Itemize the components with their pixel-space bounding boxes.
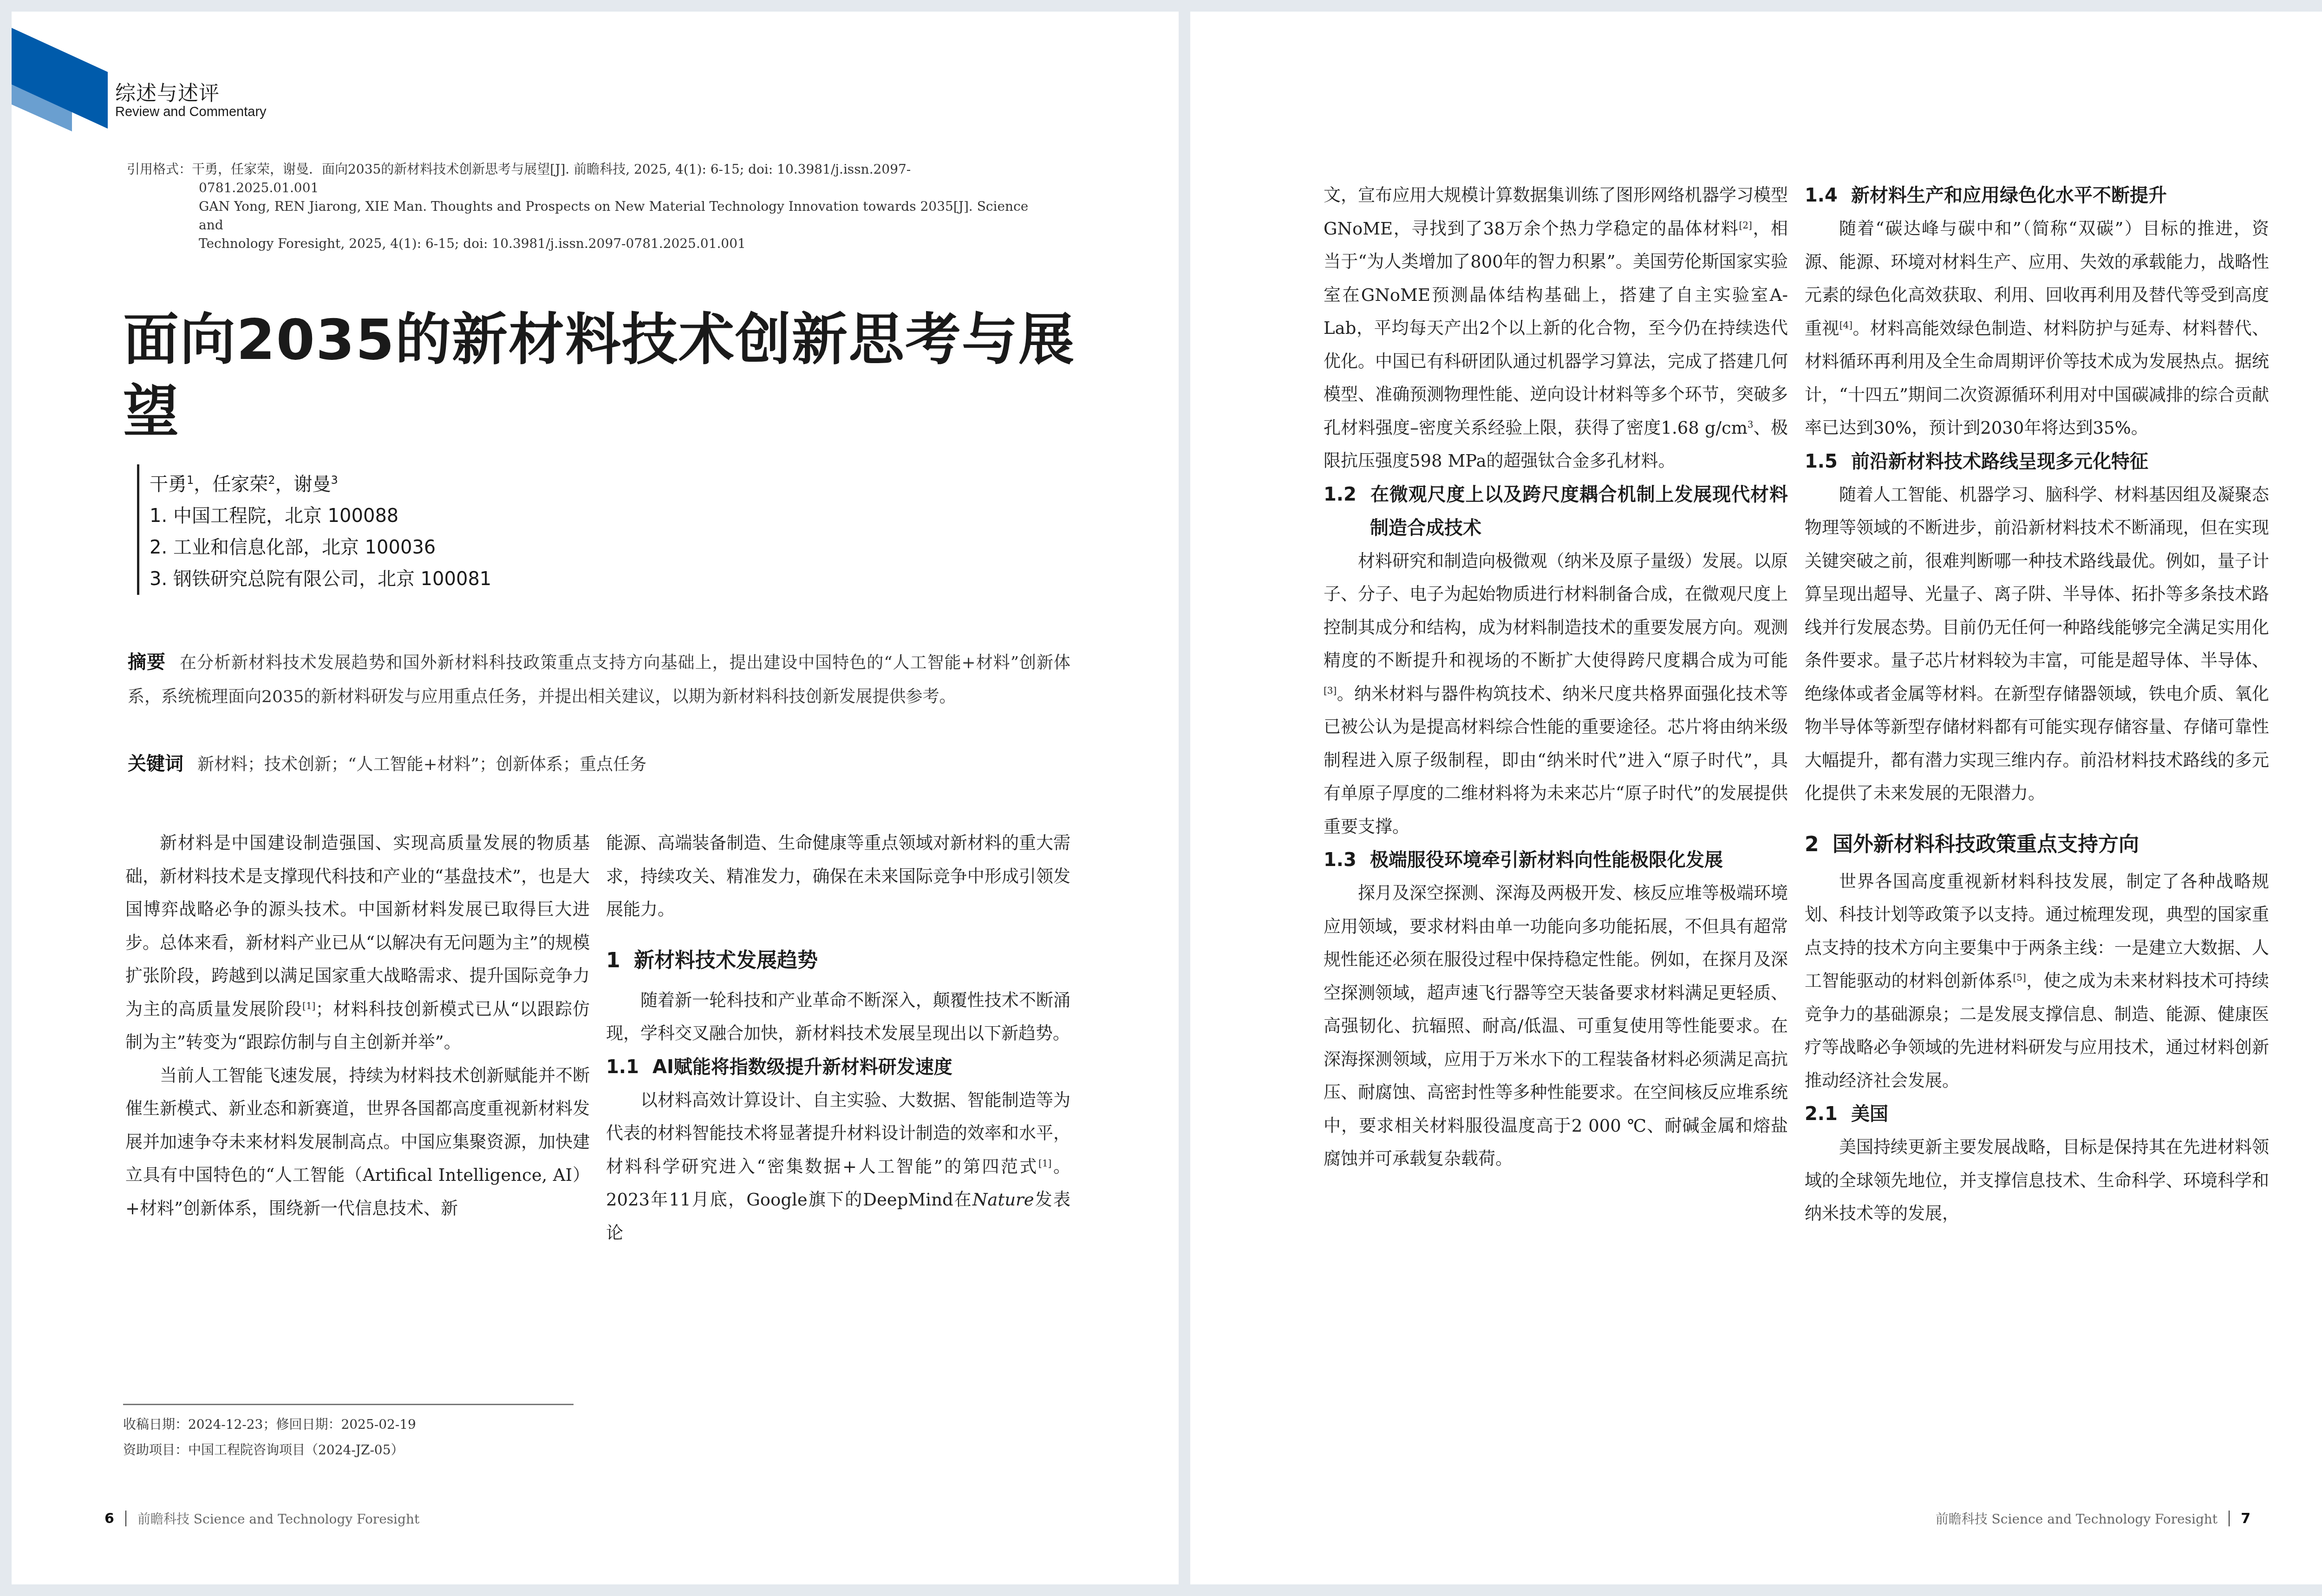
page-footer-right: 前瞻科技 Science and Technology Foresight 7 — [1936, 1509, 2250, 1528]
citation-ref[interactable]: [5] — [2013, 972, 2026, 983]
journal-name: 前瞻科技 Science and Technology Foresight — [137, 1509, 419, 1528]
author-block: 干勇1，任家荣2，谢曼3 1. 中国工程院，北京 100088 2. 工业和信息… — [137, 464, 491, 595]
paragraph: 文，宣布应用大规模计算数据集训练了图形网络机器学习模型GNoME，寻找到了38万… — [1324, 179, 1788, 478]
citation-cn-cont: 0781.2025.01.001 — [127, 179, 1056, 197]
received-date: 收稿日期：2024-12-23；修回日期：2025-02-19 — [123, 1412, 416, 1437]
right-page: 文，宣布应用大规模计算数据集训练了图形网络机器学习模型GNoME，寻找到了38万… — [1190, 12, 2322, 1584]
body-column-right-1: 文，宣布应用大规模计算数据集训练了图形网络机器学习模型GNoME，寻找到了38万… — [1324, 179, 1788, 1176]
citation-en: GAN Yong, REN Jiarong, XIE Man. Thoughts… — [127, 197, 1056, 235]
article-title: 面向2035的新材料技术创新思考与展望 — [123, 304, 1098, 448]
abstract-label: 摘要 — [128, 651, 166, 673]
section-heading: 1新材料技术发展趋势 — [606, 944, 1070, 977]
section-logo-icon — [12, 12, 132, 160]
journal-name: 前瞻科技 Science and Technology Foresight — [1936, 1509, 2218, 1528]
affiliation: 2. 工业和信息化部，北京 100036 — [150, 532, 491, 563]
footnotes: 收稿日期：2024-12-23；修回日期：2025-02-19 资助项目：中国工… — [123, 1412, 416, 1463]
paragraph: 新材料是中国建设制造强国、实现高质量发展的物质基础，新材料技术是支撑现代科技和产… — [125, 827, 590, 1059]
paragraph: 当前人工智能飞速发展，持续为材料技术创新赋能并不断催生新模式、新业态和新赛道，世… — [125, 1059, 590, 1225]
subsection-heading: 1.4新材料生产和应用绿色化水平不断提升 — [1805, 179, 2269, 212]
footnote-divider — [123, 1404, 574, 1405]
citation-ref[interactable]: [3] — [1324, 684, 1337, 696]
paragraph: 能源、高端装备制造、生命健康等重点领域对新材料的重大需求，持续攻关、精准发力，确… — [606, 827, 1070, 926]
subsection-heading: 1.1AI赋能将指数级提升新材料研发速度 — [606, 1050, 1070, 1084]
footer-divider — [125, 1511, 126, 1526]
abstract: 摘要在分析新材料技术发展趋势和国外新材料科技政策重点支持方向基础上，提出建设中国… — [128, 645, 1070, 714]
paragraph: 世界各国高度重视新材料科技发展，制定了各种战略规划、科技计划等政策予以支持。通过… — [1805, 865, 2269, 1098]
citation-en-cont: Technology Foresight, 2025, 4(1): 6-15; … — [127, 235, 1056, 253]
section-label-en: Review and Commentary — [115, 104, 267, 120]
citation-ref[interactable]: [1] — [1038, 1157, 1051, 1168]
funding-info: 资助项目：中国工程院咨询项目（2024-JZ-05） — [123, 1437, 416, 1463]
footer-divider — [2229, 1511, 2230, 1526]
author-name: 干勇 — [150, 474, 187, 495]
citation-ref[interactable]: [4] — [1839, 319, 1852, 330]
author-name: 谢曼 — [294, 474, 331, 495]
paragraph: 随着人工智能、机器学习、脑科学、材料基因组及凝聚态物理等领域的不断进步，前沿新材… — [1805, 478, 2269, 810]
body-column-left-1: 新材料是中国建设制造强国、实现高质量发展的物质基础，新材料技术是支撑现代科技和产… — [125, 827, 590, 1225]
page-number: 6 — [104, 1511, 114, 1527]
body-column-left-2: 能源、高端装备制造、生命健康等重点领域对新材料的重大需求，持续攻关、精准发力，确… — [606, 827, 1070, 1250]
subsection-heading: 1.3极端服役环境牵引新材料向性能极限化发展 — [1324, 843, 1788, 877]
page-footer-left: 6 前瞻科技 Science and Technology Foresight — [104, 1509, 419, 1528]
subsection-heading: 1.2在微观尺度上以及跨尺度耦合机制上发展现代材料制造合成技术 — [1324, 478, 1788, 545]
body-column-right-2: 1.4新材料生产和应用绿色化水平不断提升 随着“碳达峰与碳中和”（简称“双碳”）… — [1805, 179, 2269, 1231]
page-number: 7 — [2241, 1511, 2250, 1527]
citation-cn: 引用格式：干勇，任家荣，谢曼．面向2035的新材料技术创新思考与展望[J]. 前… — [127, 160, 1056, 179]
affiliation: 1. 中国工程院，北京 100088 — [150, 500, 491, 532]
paragraph: 美国持续更新主要发展战略，目标是保持其在先进材料领域的全球领先地位，并支撑信息技… — [1805, 1131, 2269, 1231]
keywords-text: 新材料；技术创新；“人工智能+材料”；创新体系；重点任务 — [197, 755, 646, 774]
citation-block: 引用格式：干勇，任家荣，谢曼．面向2035的新材料技术创新思考与展望[J]. 前… — [127, 160, 1056, 253]
paragraph: 探月及深空探测、深海及两极开发、核反应堆等极端环境应用领域，要求材料由单一功能向… — [1324, 877, 1788, 1176]
paragraph: 随着新一轮科技和产业革命不断深入，颠覆性技术不断涌现，学科交叉融合加快，新材料技… — [606, 984, 1070, 1050]
abstract-text: 在分析新材料技术发展趋势和国外新材料科技政策重点支持方向基础上，提出建设中国特色… — [128, 653, 1070, 706]
section-label-cn: 综述与述评 — [115, 77, 220, 106]
keywords-label: 关键词 — [128, 753, 183, 775]
section-heading: 2国外新材料科技政策重点支持方向 — [1805, 828, 2269, 861]
citation-ref[interactable]: [1] — [302, 1000, 315, 1011]
keywords: 关键词新材料；技术创新；“人工智能+材料”；创新体系；重点任务 — [128, 750, 646, 779]
paragraph: 材料研究和制造向极微观（纳米及原子量级）发展。以原子、分子、电子为起始物质进行材… — [1324, 545, 1788, 844]
citation-ref[interactable]: [2] — [1739, 219, 1752, 230]
subsection-heading: 2.1美国 — [1805, 1097, 2269, 1131]
author-name: 任家荣 — [212, 474, 268, 495]
author-names: 干勇1，任家荣2，谢曼3 — [150, 464, 491, 500]
subsection-heading: 1.5前沿新材料技术路线呈现多元化特征 — [1805, 445, 2269, 478]
left-page: 综述与述评 Review and Commentary 引用格式：干勇，任家荣，… — [12, 12, 1179, 1584]
affiliation: 3. 钢铁研究总院有限公司，北京 100081 — [150, 563, 491, 595]
paragraph: 以材料高效计算设计、自主实验、大数据、智能制造等为代表的材料智能技术将显著提升材… — [606, 1084, 1070, 1250]
paragraph: 随着“碳达峰与碳中和”（简称“双碳”）目标的推进，资源、能源、环境对材料生产、应… — [1805, 212, 2269, 445]
